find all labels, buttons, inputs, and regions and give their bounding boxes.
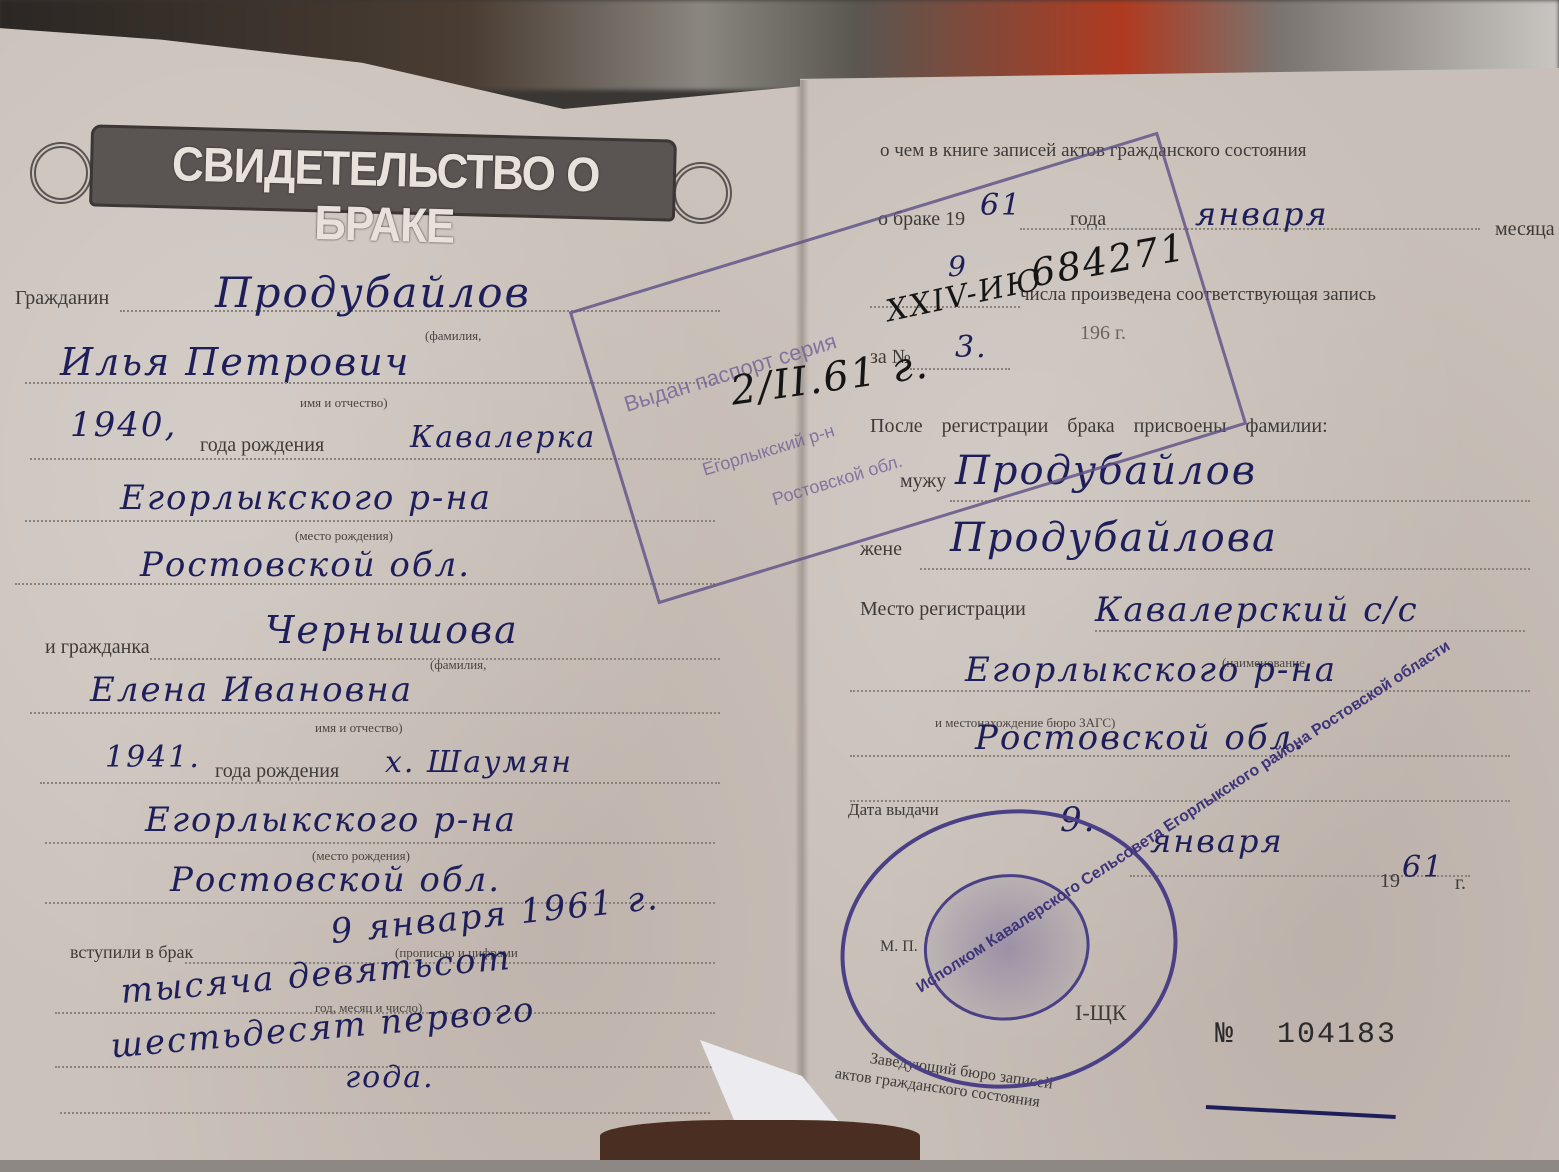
marriage-date-words-3: года. <box>345 1060 435 1095</box>
assigned-wife-surname: Продубайлова <box>950 515 1278 561</box>
label-issue-date: Дата выдачи <box>848 800 939 820</box>
dotted-line <box>40 782 720 784</box>
issue-year-prefix: 19 <box>1380 870 1400 893</box>
dotted-line <box>30 712 720 714</box>
husband-birth-year: 1940, <box>70 405 177 445</box>
caption-given-names: имя и отчество) <box>300 395 388 411</box>
bottom-edge <box>0 1160 1559 1172</box>
left-ornament-icon <box>30 142 92 204</box>
title-banner: СВИДЕТЕЛЬСТВО О БРАКЕ <box>30 118 730 228</box>
wife-surname: Чернышова <box>265 608 519 652</box>
dotted-line <box>60 1112 710 1114</box>
husband-birthplace-3: Ростовской обл. <box>140 545 471 585</box>
label-month: месяца <box>1495 218 1555 241</box>
dotted-line <box>15 583 715 585</box>
dotted-line <box>950 500 1530 502</box>
place-line-3: Ростовской обл. <box>975 718 1306 758</box>
dotted-line <box>850 800 1510 802</box>
issue-year-suffix: 61 <box>1402 850 1444 885</box>
document-title: СВИДЕТЕЛЬСТВО О БРАКЕ <box>99 136 672 261</box>
caption-birthplace: (место рождения) <box>295 528 393 544</box>
wife-birthplace-3: Ростовской обл. <box>170 860 501 900</box>
right-ornament-icon <box>670 162 732 224</box>
certificate-serial: № 104183 <box>1215 1018 1397 1052</box>
dotted-line <box>45 842 715 844</box>
label-place: Место регистрации <box>860 598 1026 621</box>
husband-surname: Продубайлов <box>215 268 531 317</box>
place-line-1: Кавалерский с/с <box>1095 590 1419 630</box>
wife-birth-year: 1941. <box>105 740 201 775</box>
record-month: января <box>1195 195 1329 233</box>
caption-surname: (фамилия, <box>425 328 481 344</box>
dotted-line <box>850 755 1510 757</box>
dotted-line <box>920 568 1530 570</box>
label-citizen-wife: и гражданка <box>45 636 150 659</box>
hand-holding-document <box>600 1120 920 1160</box>
serial-label: № <box>1215 1018 1235 1052</box>
label-married: вступили в брак <box>70 942 193 963</box>
husband-given-names: Илья Петрович <box>60 340 410 384</box>
issue-year-end: г. <box>1455 872 1466 895</box>
label-birth-year: года рождения <box>200 434 324 457</box>
label-birth-year-wife: года рождения <box>215 760 339 783</box>
husband-birthplace-1: Кавалерка <box>410 420 596 455</box>
wife-birthplace-2: Егорлыкского р-на <box>145 800 517 840</box>
caption-given-names-wife: имя и отчество) <box>315 720 403 736</box>
label-wife: жене <box>860 538 902 561</box>
place-line-2: Егорлыкского р-на <box>965 650 1337 690</box>
dotted-line <box>850 690 1530 692</box>
dotted-line <box>1095 630 1525 632</box>
caption-surname-wife: (фамилия, <box>430 657 486 673</box>
serial-number: 104183 <box>1277 1018 1397 1052</box>
label-citizen-husband: Гражданин <box>15 287 109 310</box>
wife-given-names: Елена Ивановна <box>90 670 413 710</box>
dotted-line <box>25 520 715 522</box>
wife-birthplace-1: х. Шаумян <box>385 745 573 780</box>
husband-birthplace-2: Егорлыкского р-на <box>120 478 492 518</box>
